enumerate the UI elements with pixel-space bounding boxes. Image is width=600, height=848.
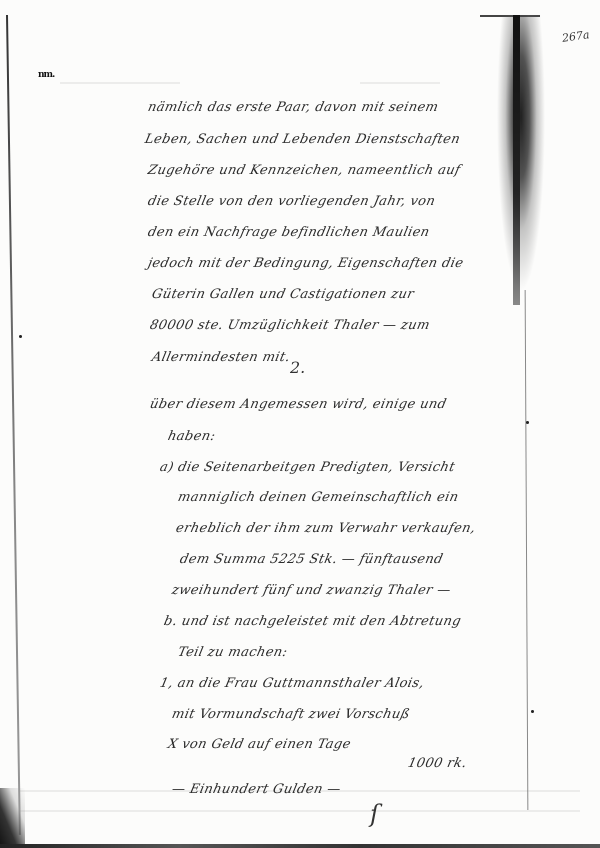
text-line: manniglich deinen Gemeinschaftlich ein xyxy=(176,490,460,505)
scan-streak xyxy=(360,82,440,84)
ink-dot xyxy=(531,710,534,713)
page-number: 267a xyxy=(561,28,590,45)
text-line: Teil zu machen: xyxy=(176,645,289,660)
manuscript-page: 267a nm. nämlich das erste Paar, davon m… xyxy=(0,0,600,848)
text-line: jedoch mit der Bedingung, Eigenschaften … xyxy=(146,256,465,271)
scan-bottom-edge xyxy=(0,844,600,848)
text-line: mit Vormundschaft zwei Vorschuß xyxy=(170,707,411,722)
trailing-mark: ſ xyxy=(370,800,379,828)
section-heading: 2. xyxy=(290,358,305,377)
text-line: Allermindesten mit. xyxy=(150,350,291,365)
scan-streak xyxy=(60,82,180,84)
ink-dot xyxy=(526,421,529,424)
text-line: den ein Nachfrage befindlichen Maulien xyxy=(146,225,431,240)
amount-line: 1000 rk. xyxy=(406,756,468,771)
text-line: a) die Seitenarbeitgen Predigten, Versic… xyxy=(158,460,456,475)
text-line: nämlich das erste Paar, davon mit seinem xyxy=(146,100,439,115)
scan-corner-shadow xyxy=(0,788,25,848)
text-line: Leben, Sachen und Lebenden Dienstschafte… xyxy=(143,132,461,147)
text-line: Zugehöre und Kennzeichen, nameentlich au… xyxy=(146,163,461,178)
text-line: X von Geld auf einen Tage xyxy=(166,737,352,752)
text-line: Güterin Gallen und Castigationen zur xyxy=(150,287,415,302)
text-line: 80000 ste. Umzüglichkeit Thaler — zum xyxy=(148,318,431,333)
text-line: 1, an die Frau Guttmannsthaler Alois, xyxy=(158,676,425,691)
text-line: b. und ist nachgeleistet mit den Abtretu… xyxy=(162,614,462,629)
scan-streak xyxy=(20,810,580,812)
text-line: erheblich der ihm zum Verwahr verkaufen, xyxy=(174,521,477,536)
left-margin-rule xyxy=(6,15,21,835)
text-line: dem Summa 5225 Stk. — fünftausend xyxy=(178,552,444,567)
closing-line: — Einhundert Gulden — xyxy=(170,782,342,797)
ink-dot xyxy=(19,335,22,338)
right-margin-rule xyxy=(525,290,529,810)
text-line: die Stelle von den vorliegenden Jahr, vo… xyxy=(146,194,436,209)
margin-mark: nm. xyxy=(38,70,54,80)
binding-shadow-core xyxy=(513,15,520,305)
text-line: zweihundert fünf und zwanzig Thaler — xyxy=(170,583,452,598)
text-line: haben: xyxy=(166,429,216,444)
text-line: über diesem Angemessen wird, einige und xyxy=(148,397,448,412)
